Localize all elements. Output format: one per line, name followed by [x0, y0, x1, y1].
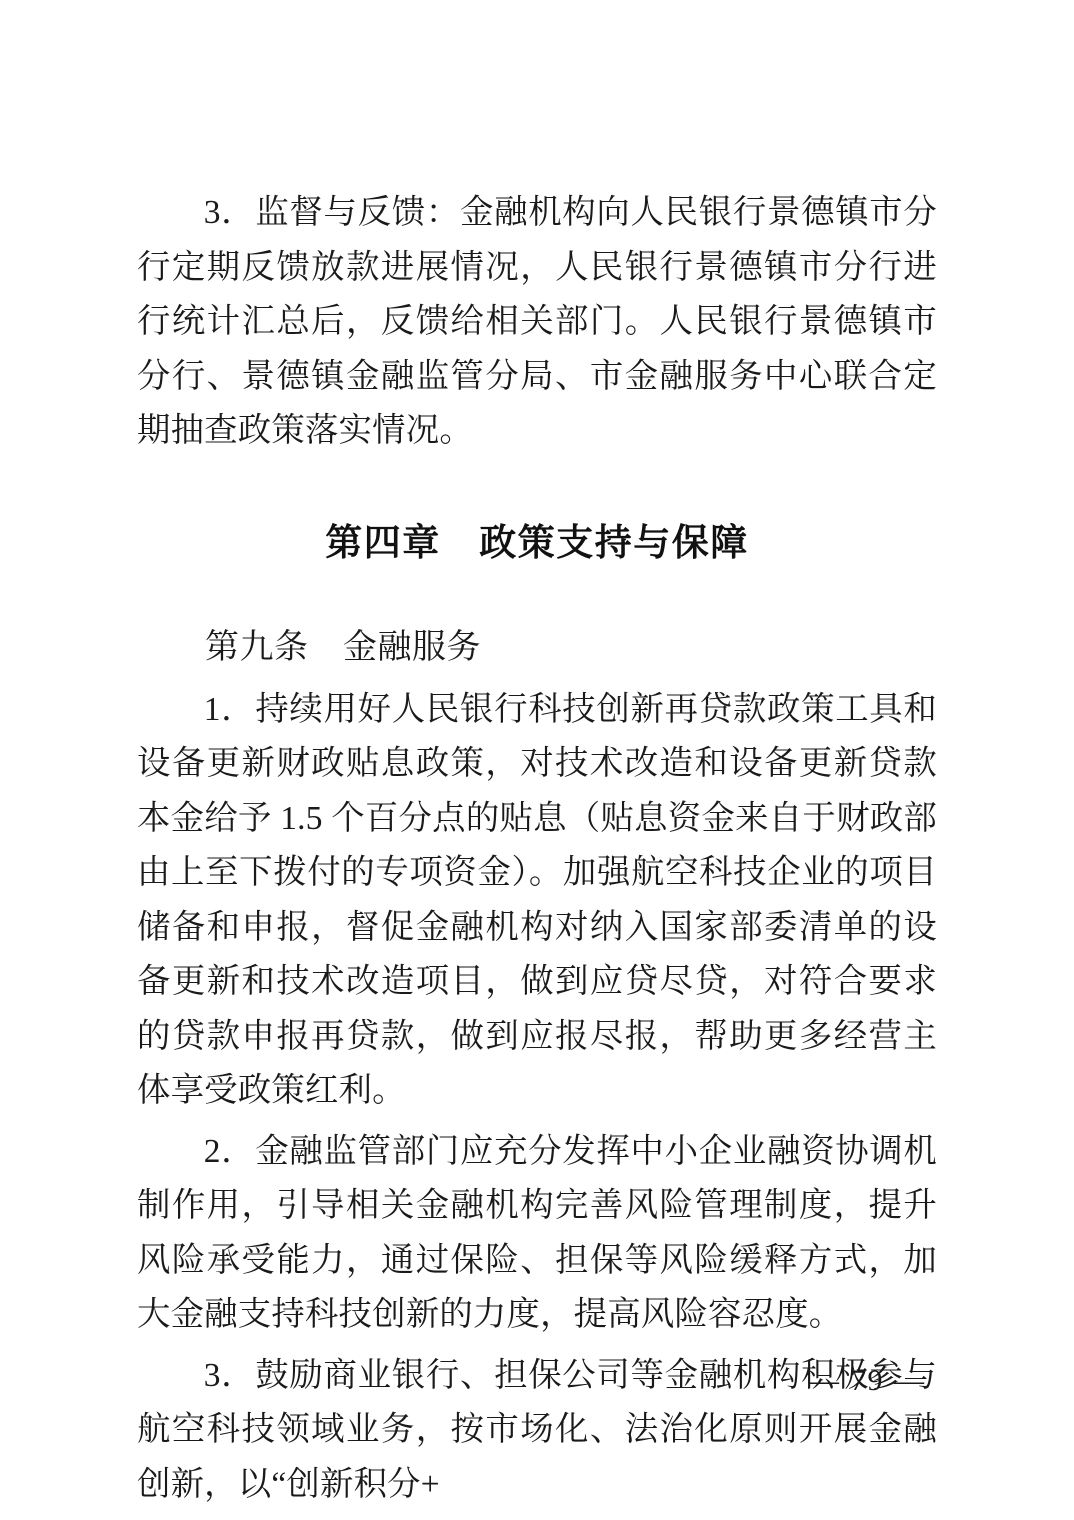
chapter-heading: 第四章 政策支持与保障 [137, 516, 937, 570]
document-content: 3．监督与反馈：金融机构向人民银行景德镇市分行定期反馈放款进展情况，人民银行景德… [137, 186, 937, 1512]
paragraph-item-2: 2．金融监管部门应充分发挥中小企业融资协调机制作用，引导相关金融机构完善风险管理… [137, 1125, 937, 1343]
paragraph-supervision-feedback: 3．监督与反馈：金融机构向人民银行景德镇市分行定期反馈放款进展情况，人民银行景德… [137, 186, 937, 459]
page-number: — 79 — [809, 1364, 926, 1398]
document-page: 3．监督与反馈：金融机构向人民银行景德镇市分行定期反馈放款进展情况，人民银行景德… [0, 0, 1074, 1520]
article-heading: 第九条 金融服务 [137, 621, 937, 675]
paragraph-item-1: 1．持续用好人民银行科技创新再贷款政策工具和设备更新财政贴息政策，对技术改造和设… [137, 683, 937, 1119]
